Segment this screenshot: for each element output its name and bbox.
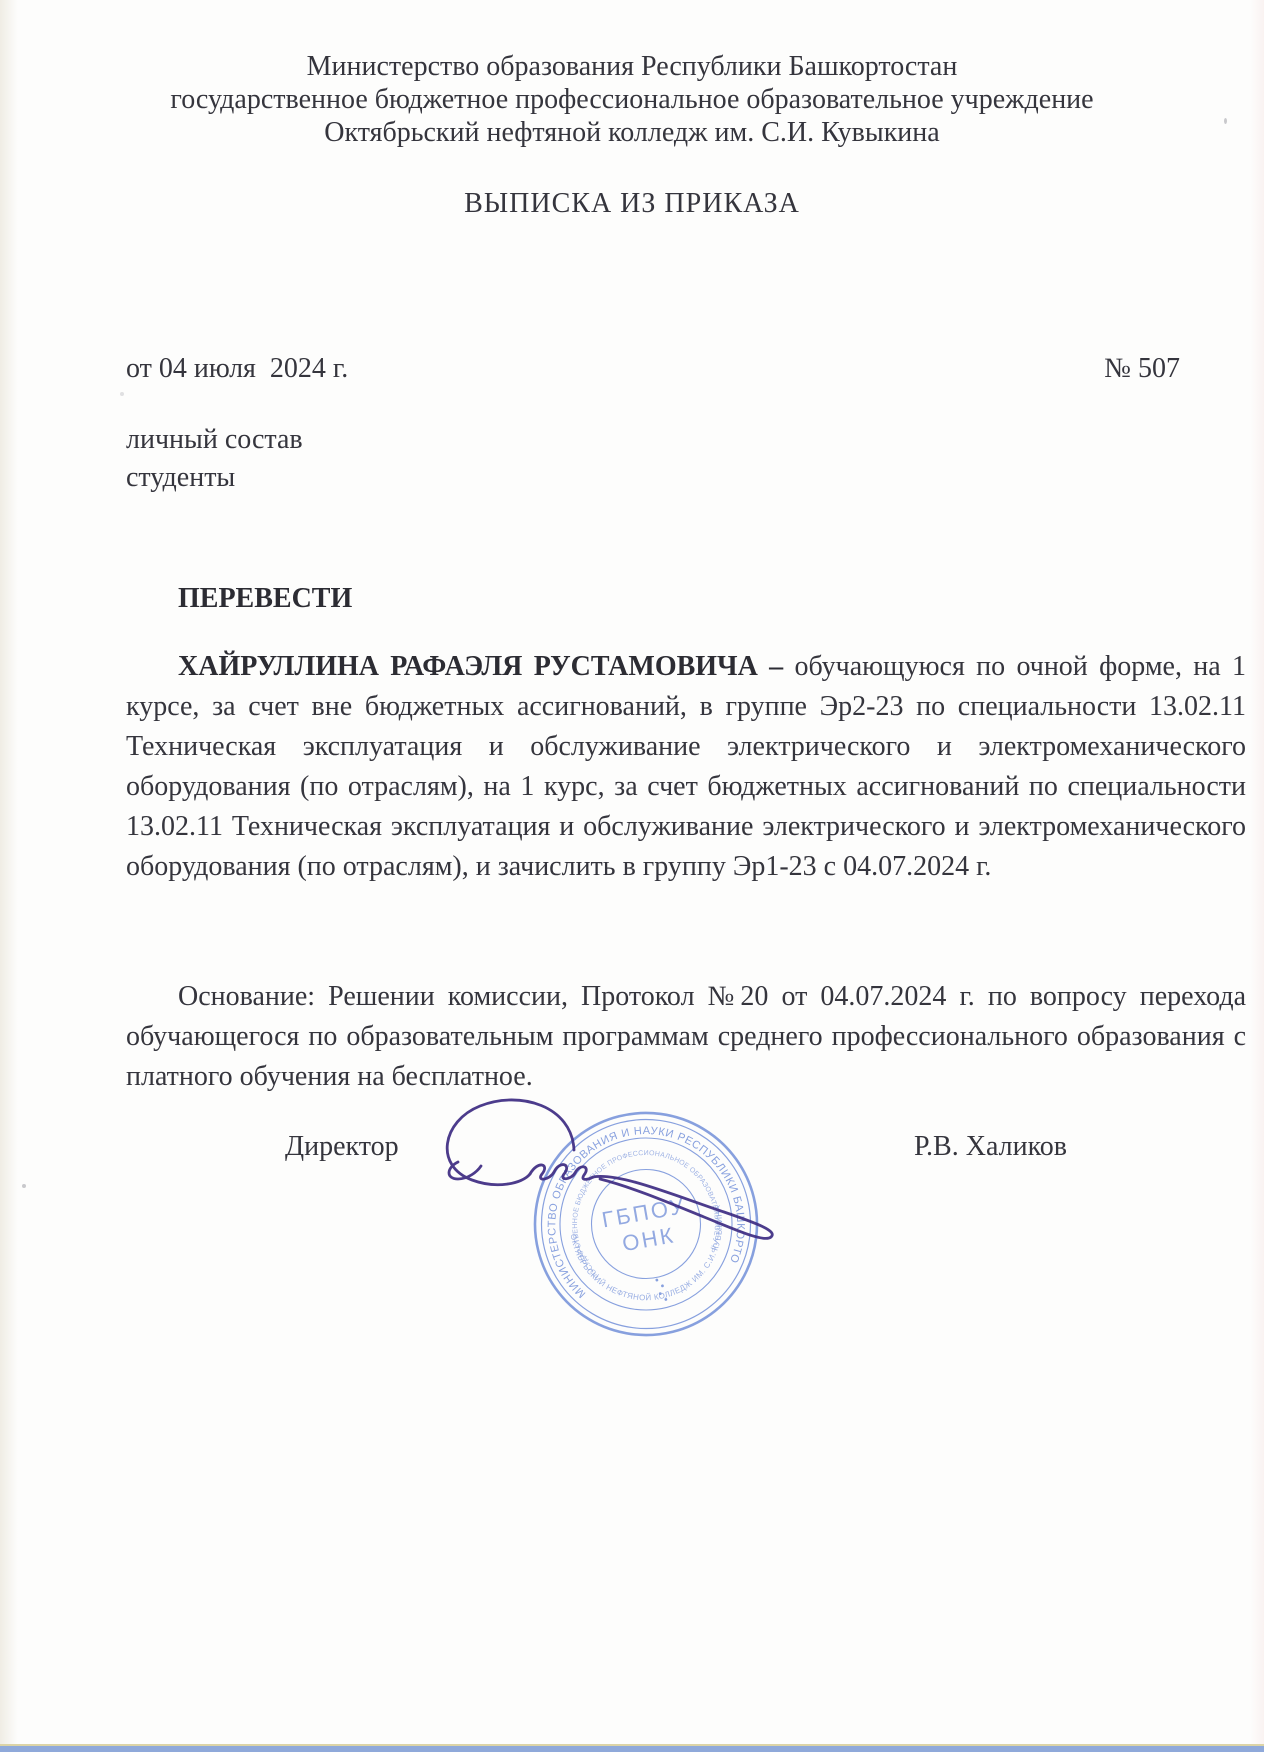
document-title: ВЫПИСКА ИЗ ПРИКАЗА: [0, 188, 1264, 220]
scan-bottom-edge: [0, 1744, 1264, 1752]
org-header-line-2: государственное бюджетное профессиональн…: [0, 83, 1264, 116]
signer-role: Директор: [285, 1127, 399, 1167]
signer-name: Р.В. Халиков: [914, 1127, 1067, 1167]
signature-loops-and-tail: [530, 1165, 772, 1239]
order-body-text: обучающуюся по очной форме, на 1 курсе, …: [126, 651, 1246, 882]
document-page: Министерство образования Республики Башк…: [0, 0, 1264, 1752]
basis-paragraph: Основание: Решении комиссии, Протокол №2…: [126, 977, 1246, 1097]
org-header-line-3: Октябрьский нефтяной колледж им. С.И. Ку…: [0, 116, 1264, 149]
order-body-paragraph: ХАЙРУЛЛИНА РАФАЭЛЯ РУСТАМОВИЧА – обучающ…: [126, 647, 1246, 887]
signature-stroke-group: [447, 1100, 772, 1238]
org-header-line-1: Министерство образования Республики Башк…: [0, 50, 1264, 83]
director-signature-ink: [424, 1088, 809, 1253]
order-meta-row: от 04 июля 2024 г. № 507: [126, 352, 1246, 386]
order-number: № 507: [1104, 352, 1180, 386]
addressees-block: личный состав студенты: [126, 421, 303, 497]
signature-hook: [449, 1162, 481, 1179]
order-date: от 04 июля 2024 г.: [126, 352, 348, 386]
student-name: ХАЙРУЛЛИНА РАФАЭЛЯ РУСТАМОВИЧА –: [178, 651, 783, 682]
org-header: Министерство образования Республики Башк…: [0, 50, 1264, 149]
scan-speck: [1224, 118, 1227, 124]
addressee-personnel: личный состав: [126, 421, 303, 459]
scan-speck: [22, 1184, 26, 1188]
order-action-heading: ПЕРЕВЕСТИ: [178, 583, 352, 615]
scan-left-edge-shadow: [0, 0, 18, 1752]
addressee-students: студенты: [126, 459, 303, 497]
scan-right-edge-tint: [1250, 0, 1264, 1752]
scan-speck: [120, 392, 124, 396]
